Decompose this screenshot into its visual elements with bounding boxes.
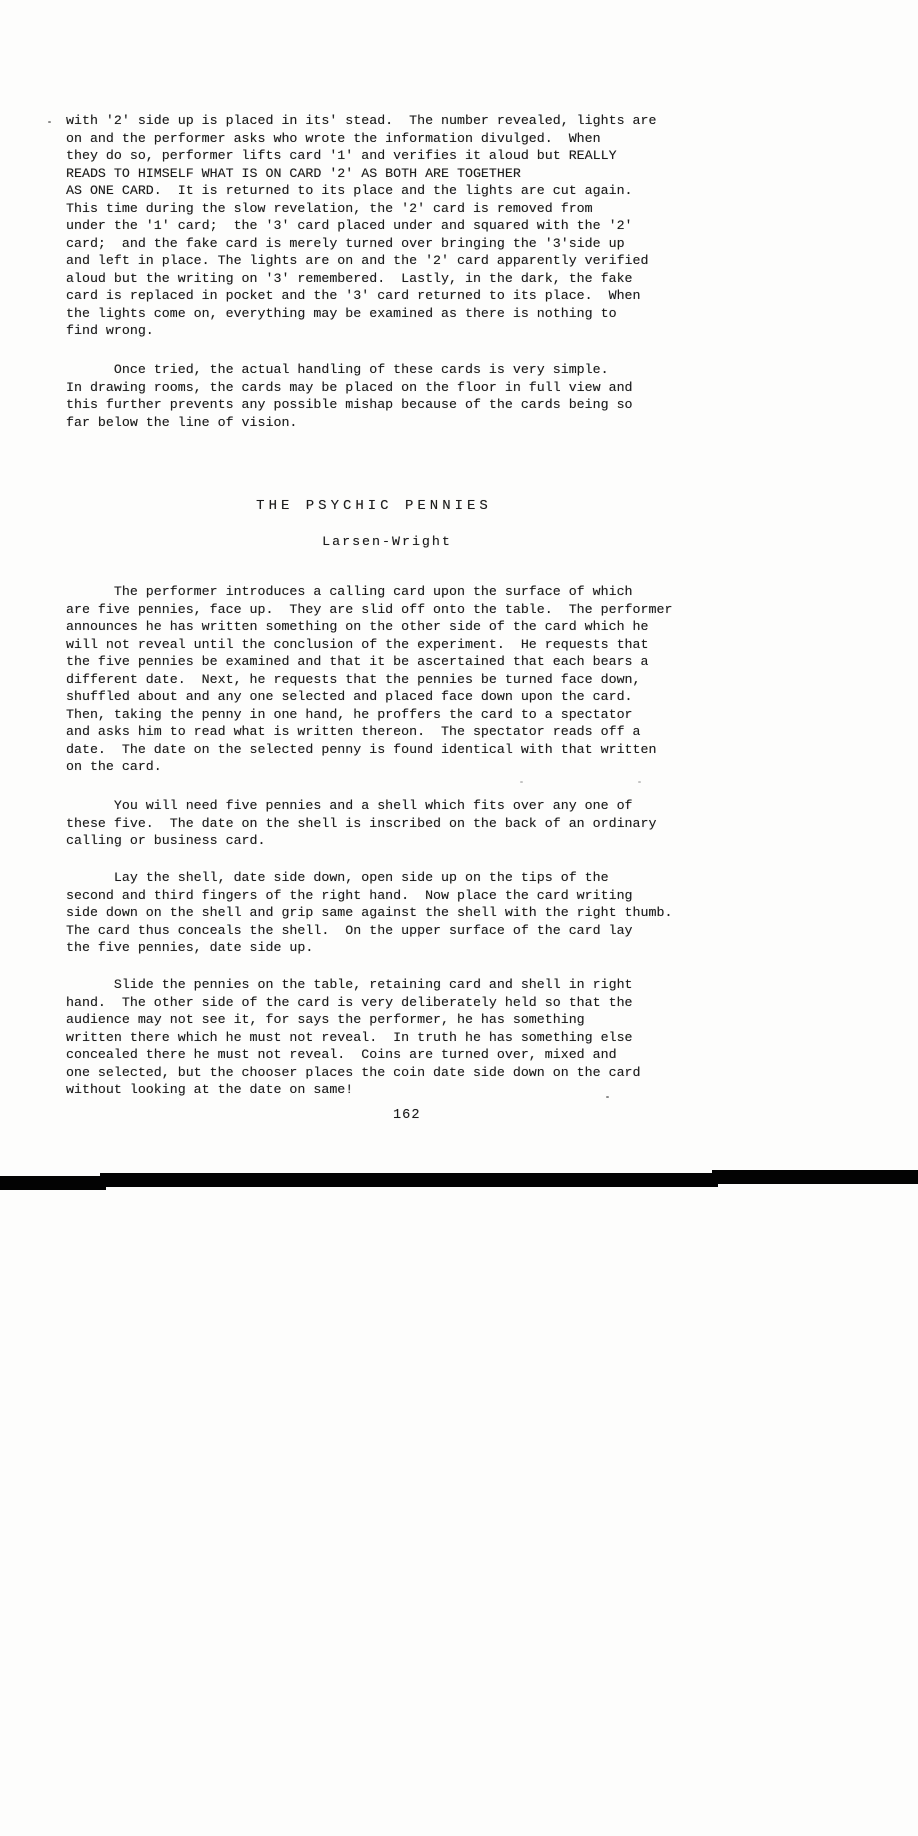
section-title: THE PSYCHIC PENNIES (66, 498, 682, 514)
section-byline: Larsen-Wright (66, 534, 682, 549)
scan-speck (606, 1096, 609, 1098)
scan-speck (48, 121, 51, 123)
paragraph-continuation: with '2' side up is placed in its' stead… (66, 112, 706, 340)
scan-speck (638, 781, 641, 783)
redaction-bar-segment (0, 1176, 106, 1190)
paragraph: Once tried, the actual handling of these… (66, 361, 706, 431)
redaction-bar-segment (712, 1170, 918, 1184)
scanned-book-page: with '2' side up is placed in its' stead… (0, 0, 918, 1836)
paragraph: Lay the shell, date side down, open side… (66, 869, 706, 957)
paragraph: You will need five pennies and a shell w… (66, 797, 706, 850)
redaction-bar-segment (100, 1173, 718, 1187)
scan-speck (520, 781, 523, 783)
paragraph: Slide the pennies on the table, retainin… (66, 976, 706, 1099)
paragraph: The performer introduces a calling card … (66, 583, 706, 776)
page-number: 162 (393, 1108, 420, 1123)
